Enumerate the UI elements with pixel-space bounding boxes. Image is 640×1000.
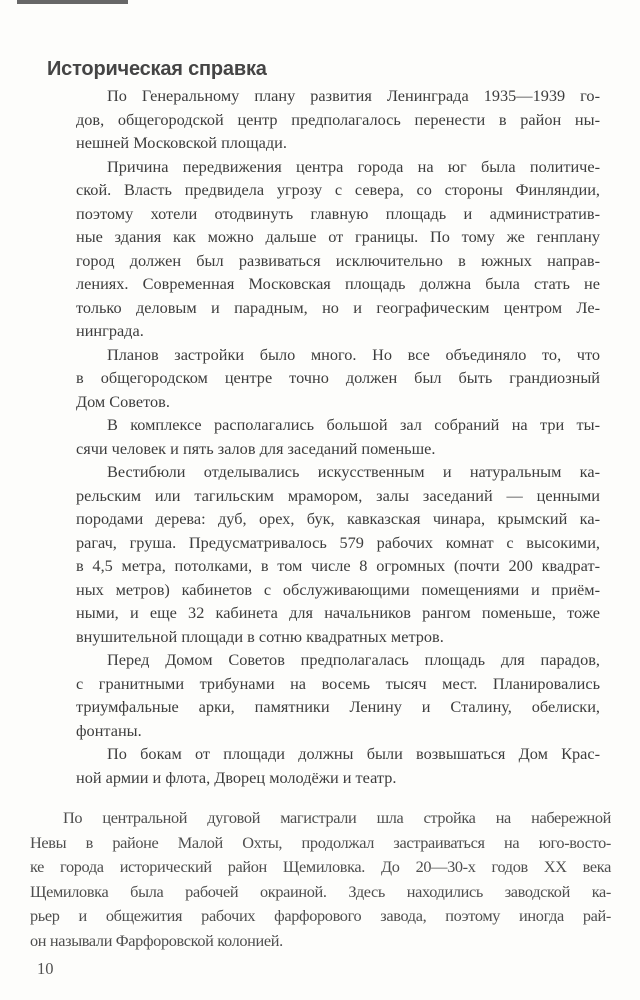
text-line: породами дерева: дуб, орех, бук, кавказс… (76, 507, 600, 531)
text-line: рагач, груша. Предусматривалось 579 рабо… (76, 531, 600, 555)
text-line: город должен был развиваться исключитель… (76, 249, 600, 273)
body-text: По Генеральному плану развития Ленинград… (76, 84, 600, 789)
text-line: ной армии и флота, Дворец молодёжи и теа… (76, 766, 600, 790)
text-line: ными, и еще 32 кабинета для начальников … (76, 601, 600, 625)
text-line: фонтаны. (76, 719, 600, 743)
text-line: Дом Советов. (76, 390, 600, 414)
text-line: В комплексе располагались большой зал со… (76, 413, 600, 437)
text-line: в 4,5 метра, потолками, в том числе 8 ог… (76, 554, 600, 578)
page-number: 10 (37, 959, 54, 979)
text-line: нинграда. (76, 319, 600, 343)
text-line: рьер и общежития рабочих фарфорового зав… (30, 904, 611, 929)
text-line: По центральной дуговой магистрали шла ст… (30, 806, 611, 831)
scan-artifact-bar (17, 0, 128, 4)
text-line: с гранитными трибунами на восемь тысяч м… (76, 672, 600, 696)
addendum-text: По центральной дуговой магистрали шла ст… (30, 806, 611, 954)
book-page: { "page": { "background_color": "#fdfdfb… (0, 0, 640, 1000)
text-line: сячи человек и пять залов для заседаний … (76, 437, 600, 461)
text-line: Щемиловка была рабочей окраиной. Здесь н… (30, 880, 611, 905)
text-line: ской. Власть предвидела угрозу с севера,… (76, 178, 600, 202)
text-line: поэтому хотели отодвинуть главную площад… (76, 202, 600, 226)
text-line: Причина передвижения центра города на юг… (76, 155, 600, 179)
text-line: По бокам от площади должны были возвышат… (76, 742, 600, 766)
text-line: Планов застройки было много. Но все объе… (76, 343, 600, 367)
text-line: только деловым и парадным, но и географи… (76, 296, 600, 320)
text-line: ке города исторический район Щемиловка. … (30, 855, 611, 880)
text-line: Невы в районе Малой Охты, продолжал заст… (30, 831, 611, 856)
text-line: он называли Фарфоровской колонией. (30, 929, 611, 954)
text-line: По Генеральному плану развития Ленинград… (76, 84, 600, 108)
text-line: лениях. Современная Московская площадь д… (76, 272, 600, 296)
text-line: рельским или тагильским мрамором, залы з… (76, 484, 600, 508)
text-line: в общегородском центре точно должен был … (76, 366, 600, 390)
text-line: Вестибюли отделывались искусственным и н… (76, 460, 600, 484)
text-line: ные здания как можно дальше от границы. … (76, 225, 600, 249)
text-line: внушительной площади в сотню квадратных … (76, 625, 600, 649)
text-line: ных метров) кабинетов с обслуживающими п… (76, 578, 600, 602)
text-line: нешней Московской площади. (76, 131, 600, 155)
text-line: дов, общегородской центр предполагалось … (76, 108, 600, 132)
text-line: Перед Домом Советов предполагалась площа… (76, 648, 600, 672)
text-line: триумфальные арки, памятники Ленину и Ст… (76, 695, 600, 719)
section-heading: Историческая справка (47, 58, 267, 81)
